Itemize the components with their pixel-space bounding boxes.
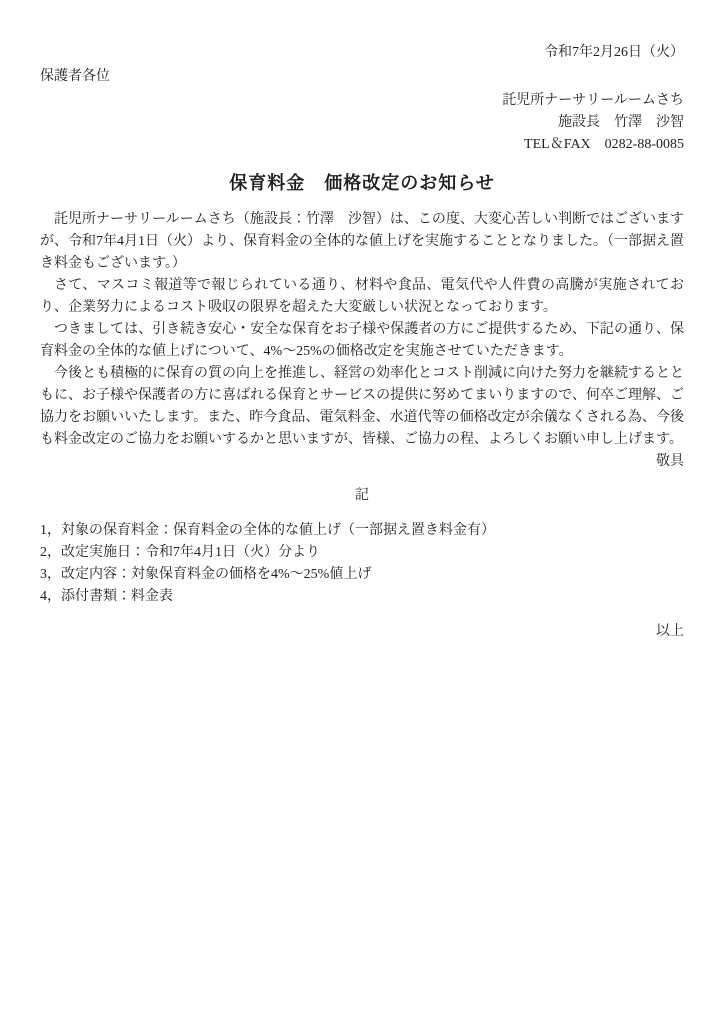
sender-director: 施設長 竹澤 沙智 [40, 112, 684, 134]
letter-page: 令和7年2月26日（火） 保護者各位 託児所ナーサリールームさち 施設長 竹澤 … [0, 0, 724, 1024]
paragraph-intro: 託児所ナーサリールームさち（施設長：竹澤 沙智）は、この度、大変心苦しい判断では… [40, 209, 684, 275]
recipient: 保護者各位 [40, 66, 684, 88]
paragraph-revision: つきましては、引き続き安心・安全な保育をお子様や保護者の方にご提供するため、下記… [40, 319, 684, 363]
notice-marker-ki: 記 [40, 485, 684, 507]
letter-title: 保育料金 価格改定のお知らせ [40, 170, 684, 196]
paragraph-request: 今後とも積極的に保育の質の向上を推進し、経営の効率化とコスト削減に向けた努力を継… [40, 363, 684, 451]
closing-keigu: 敬具 [40, 451, 684, 473]
sender-organization: 託児所ナーサリールームさち [40, 90, 684, 112]
notice-item-list: 1，対象の保育料金：保育料金の全体的な値上げ（一部据え置き料金有） 2，改定実施… [40, 520, 684, 608]
sender-block: 託児所ナーサリールームさち 施設長 竹澤 沙智 TEL＆FAX 0282-88-… [40, 90, 684, 156]
notice-item-target: 1，対象の保育料金：保育料金の全体的な値上げ（一部据え置き料金有） [40, 520, 684, 542]
sender-telfax: TEL＆FAX 0282-88-0085 [40, 134, 684, 156]
paragraph-background: さて、マスコミ報道等で報じられている通り、材料や食品、電気代や人件費の高騰が実施… [40, 275, 684, 319]
notice-item-content: 3，改定内容：対象保育料金の価格を4%～25%値上げ [40, 564, 684, 586]
notice-item-attachment: 4，添付書類：料金表 [40, 586, 684, 608]
end-marker-ijou: 以上 [40, 621, 684, 643]
notice-item-date: 2，改定実施日：令和7年4月1日（火）分より [40, 542, 684, 564]
letter-date: 令和7年2月26日（火） [40, 42, 684, 64]
